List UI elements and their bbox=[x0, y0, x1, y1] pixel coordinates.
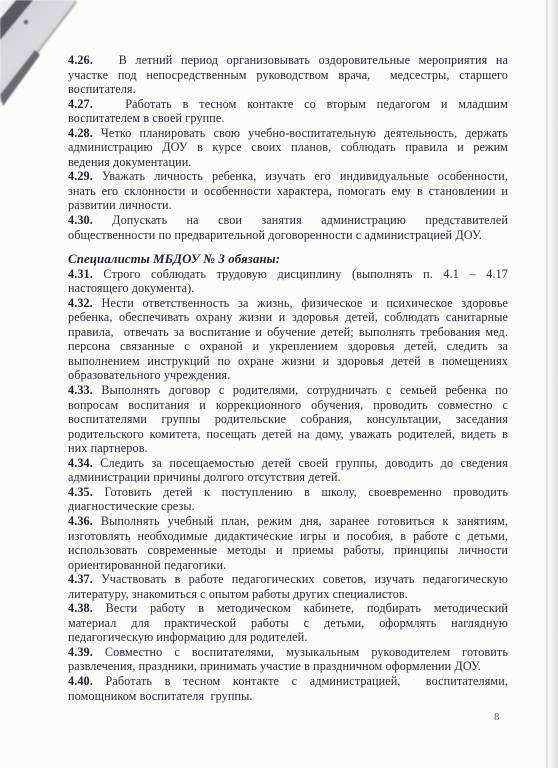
paragraph-number: 4.30. bbox=[68, 213, 93, 227]
text-line: воспитателя. bbox=[68, 82, 508, 97]
text-line: правила, отвечать за воспитание и обучен… bbox=[68, 325, 508, 340]
text-line: участке под непосредственным руководство… bbox=[68, 68, 508, 83]
text-line: 4.31. Строго соблюдать трудовую дисципли… bbox=[68, 267, 508, 282]
paragraph-number: 4.37. bbox=[68, 572, 93, 586]
text-line: помощником воспитателя группы. bbox=[68, 689, 508, 704]
text-line: ребенка, обеспечивать охрану жизни и здо… bbox=[68, 310, 508, 325]
paragraph: 4.32. Нести ответственность за жизнь, фи… bbox=[68, 296, 508, 383]
scanned-document-page: 4.26. В летний период организовывать озд… bbox=[0, 0, 558, 768]
paragraph: 4.39. Совместно с воспитателями, музыкал… bbox=[68, 645, 508, 674]
paragraph: 4.33. Выполнять договор с родителями, со… bbox=[68, 383, 508, 456]
text-line: материал для практической работы с детьм… bbox=[68, 616, 508, 631]
paragraph: 4.26. В летний период организовывать озд… bbox=[68, 53, 508, 97]
paragraph-number: 4.27. bbox=[68, 97, 93, 111]
text-line: 4.32. Нести ответственность за жизнь, фи… bbox=[68, 296, 508, 311]
text-line: них партнеров. bbox=[68, 441, 508, 456]
text-line: 4.28. Четко планировать свою учебно-восп… bbox=[68, 126, 508, 141]
text-line: развлечения, праздники, принимать участи… bbox=[68, 659, 508, 674]
paragraph-number: 4.29. bbox=[68, 169, 93, 183]
text-line: 4.33. Выполнять договор с родителями, со… bbox=[68, 383, 508, 398]
text-line: литературу, знакомиться с опытом работы … bbox=[68, 587, 508, 602]
page-number: 8 bbox=[494, 711, 500, 723]
text-line: воспитателем в своей группе. bbox=[68, 111, 508, 126]
paragraph-number: 4.36. bbox=[68, 514, 93, 528]
text-line: 4.30. Допускать на свои занятия админист… bbox=[68, 213, 508, 228]
paragraph-number: 4.40. bbox=[68, 674, 93, 688]
paragraph: 4.40. Работать в тесном контакте с админ… bbox=[68, 674, 508, 703]
text-line: использовать современные методы и приемы… bbox=[68, 543, 508, 558]
paragraph-number: 4.35. bbox=[68, 485, 93, 499]
text-content: 4.26. В летний период организовывать озд… bbox=[68, 53, 508, 703]
text-line: педагогическую информацию для родителей. bbox=[68, 630, 508, 645]
section-heading: Специалисты МБДОУ № 3 обязаны: bbox=[68, 252, 508, 267]
text-line: ведения документации. bbox=[68, 155, 508, 170]
paragraph: 4.29. Уважать личность ребенка, изучать … bbox=[68, 169, 508, 213]
text-line: 4.35. Готовить детей к поступлению в шко… bbox=[68, 485, 508, 500]
text-line: 4.40. Работать в тесном контакте с админ… bbox=[68, 674, 508, 689]
text-line: ориентированной педагогики. bbox=[68, 558, 508, 573]
paragraph-number: 4.32. bbox=[68, 296, 93, 310]
paragraph-number: 4.33. bbox=[68, 383, 93, 397]
scan-edge-shading bbox=[548, 0, 558, 768]
text-line: изготовлять необходимые дидактические иг… bbox=[68, 529, 508, 544]
paragraph: 4.30. Допускать на свои занятия админист… bbox=[68, 213, 508, 242]
text-line: общественности по предварительной догово… bbox=[68, 228, 508, 243]
text-line: развитии личности. bbox=[68, 198, 508, 213]
paragraph: 4.37. Участвовать в работе педагогически… bbox=[68, 572, 508, 601]
text-line: 4.26. В летний период организовывать озд… bbox=[68, 53, 508, 68]
text-line: 4.38. Вести работу в методическом кабине… bbox=[68, 601, 508, 616]
text-line: выполнением инструкций по охране жизни и… bbox=[68, 354, 508, 369]
paragraph: 4.27. Работать в тесном контакте со втор… bbox=[68, 97, 508, 126]
paragraph-number: 4.34. bbox=[68, 456, 93, 470]
text-line: администрацию ДОУ в курсе своих планов, … bbox=[68, 140, 508, 155]
text-line: 4.27. Работать в тесном контакте со втор… bbox=[68, 97, 508, 112]
paragraph: 4.35. Готовить детей к поступлению в шко… bbox=[68, 485, 508, 514]
text-line: настоящего документа). bbox=[68, 281, 508, 296]
text-line: 4.37. Участвовать в работе педагогически… bbox=[68, 572, 508, 587]
text-line: диагностические срезы. bbox=[68, 499, 508, 514]
text-line: вопросам воспитания и коррекционного обу… bbox=[68, 398, 508, 413]
paragraph: 4.31. Строго соблюдать трудовую дисципли… bbox=[68, 267, 508, 296]
paragraph: 4.34. Следить за посещаемостью детей сво… bbox=[68, 456, 508, 485]
text-line: 4.29. Уважать личность ребенка, изучать … bbox=[68, 169, 508, 184]
text-line: 4.39. Совместно с воспитателями, музыкал… bbox=[68, 645, 508, 660]
text-line: родительского комитета, посещать детей н… bbox=[68, 427, 508, 442]
paragraph: 4.28. Четко планировать свою учебно-восп… bbox=[68, 126, 508, 170]
paragraph-number: 4.38. bbox=[68, 601, 93, 615]
text-line: персона связанные с охраной и укрепление… bbox=[68, 339, 508, 354]
paragraph-number: 4.28. bbox=[68, 126, 93, 140]
paragraph-number: 4.39. bbox=[68, 645, 93, 659]
paragraph: 4.36. Выполнять учебный план, режим дня,… bbox=[68, 514, 508, 572]
text-line: 4.36. Выполнять учебный план, режим дня,… bbox=[68, 514, 508, 529]
text-line: знать его склонности и особенности харак… bbox=[68, 184, 508, 199]
text-line: администрации причины долгого отсутствия… bbox=[68, 470, 508, 485]
text-line: воспитателями группы родительские собран… bbox=[68, 412, 508, 427]
text-line: образовательного учреждения. bbox=[68, 368, 508, 383]
paragraph-number: 4.26. bbox=[68, 53, 93, 67]
paragraph: 4.38. Вести работу в методическом кабине… bbox=[68, 601, 508, 645]
text-line: 4.34. Следить за посещаемостью детей сво… bbox=[68, 456, 508, 471]
paragraph-number: 4.31. bbox=[68, 267, 93, 281]
